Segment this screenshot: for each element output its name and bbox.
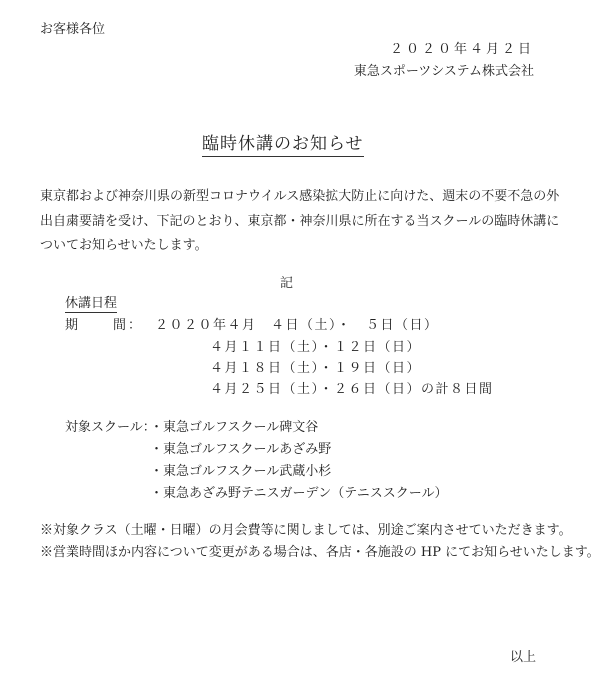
period-label-char: 間 [113, 318, 126, 333]
school-item: ・東急ゴルフスクール碑文谷 [150, 420, 318, 436]
addressee: お客様各位 [40, 22, 105, 38]
note-line: ※対象クラス（土曜・日曜）の月会費等に関しましては、別途ご案内させていただきます… [40, 523, 572, 539]
ki-heading: 記 [280, 276, 293, 292]
period-colon: ： [128, 318, 141, 334]
period-date-line: ４月２５日（土）・２６日（日）の計８日間 [210, 382, 494, 398]
body-line: 出自粛要請を受け、下記のとおり、東京都・神奈川県に所在する当スクールの臨時休講に [40, 210, 565, 235]
schools-label: 対象スクール： [65, 420, 156, 436]
school-item: ・東急あざみ野テニスガーデン（テニススクール） [150, 486, 447, 502]
period-date-line: ４月１１日（土）・１２日（日） [210, 340, 421, 356]
school-item: ・東急ゴルフスクール武蔵小杉 [150, 464, 331, 480]
issue-date: ２０２０年４月２日 [390, 42, 534, 58]
period-date-line: ４月１８日（土）・１９日（日） [210, 361, 421, 377]
page-title: 臨時休講のお知らせ [202, 133, 364, 157]
period-label-char: 期 [65, 318, 113, 334]
school-item: ・東急ゴルフスクールあざみ野 [150, 442, 331, 458]
body-line: ついてお知らせいたします。 [40, 234, 565, 259]
closing-remark: 以上 [510, 650, 536, 666]
period-label: 期間 [65, 318, 126, 334]
body-line: 東京都および神奈川県の新型コロナウイルス感染拡大防止に向けた、週末の不要不急の外 [40, 185, 565, 210]
period-date-line: ２０２０年４月 ４日（土）・ ５日（日） [155, 318, 439, 334]
note-line: ※営業時間ほか内容について変更がある場合は、各店・各施設の HP にてお知らせい… [40, 545, 600, 561]
body-paragraph: 東京都および神奈川県の新型コロナウイルス感染拡大防止に向けた、週末の不要不急の外… [40, 185, 565, 259]
schedule-heading: 休講日程 [65, 296, 117, 313]
company-name: 東急スポーツシステム株式会社 [354, 64, 534, 80]
